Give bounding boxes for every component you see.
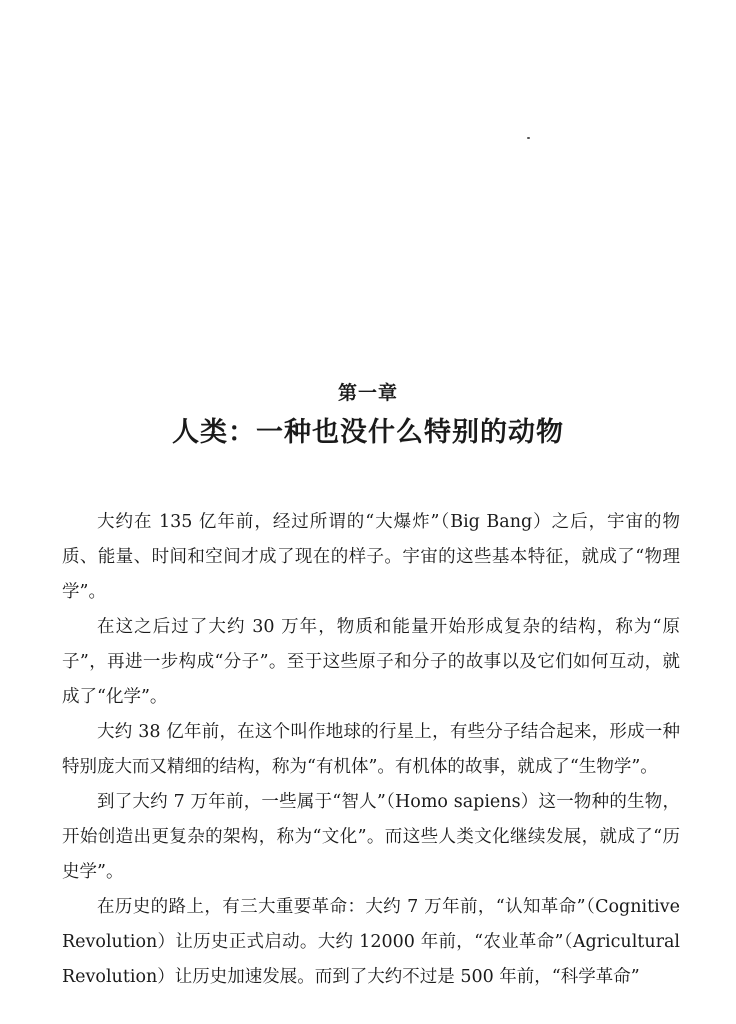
paragraph: 在这之后过了大约 30 万年，物质和能量开始形成复杂的结构，称为“原子”，再进一… — [62, 610, 680, 715]
paragraph: 大约 38 亿年前，在这个叫作地球的行星上，有些分子结合起来，形成一种特别庞大而… — [62, 715, 680, 785]
chapter-title: 人类：一种也没什么特别的动物 — [0, 410, 736, 449]
chapter-body: 大约在 135 亿年前，经过所谓的“大爆炸”（Big Bang）之后，宇宙的物质… — [62, 505, 680, 995]
scan-speck — [527, 137, 530, 139]
chapter-number: 第一章 — [0, 378, 736, 405]
paragraph: 到了大约 7 万年前，一些属于“智人”（Homo sapiens）这一物种的生物… — [62, 785, 680, 890]
paragraph: 在历史的路上，有三大重要革命：大约 7 万年前，“认知革命”（Cognitive… — [62, 890, 680, 995]
paragraph: 大约在 135 亿年前，经过所谓的“大爆炸”（Big Bang）之后，宇宙的物质… — [62, 505, 680, 610]
